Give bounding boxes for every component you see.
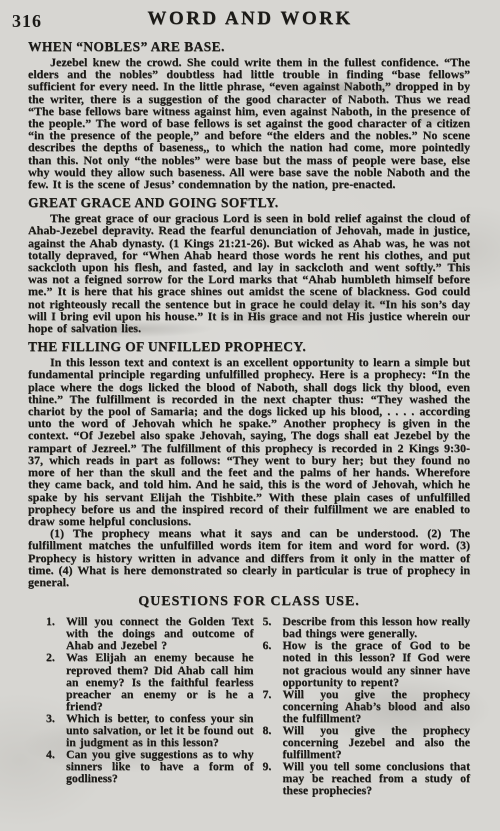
questions-section: QUESTIONS FOR CLASS USE. 1. Will you con…: [28, 594, 470, 796]
question-item: 1. Will you connect the Golden Text with…: [46, 615, 254, 651]
question-text: Was Elijah an enemy because he reproved …: [66, 651, 254, 711]
section-heading: WHEN “NOBLES” ARE BASE.: [28, 39, 470, 55]
question-number: 3.: [46, 712, 66, 724]
section-heading: GREAT GRACE AND GOING SOFTLY.: [28, 195, 470, 211]
question-number: 8.: [263, 724, 283, 736]
question-text: Describe from this lesson how really bad…: [283, 615, 471, 639]
questions-columns: 1. Will you connect the Golden Text with…: [46, 615, 470, 796]
question-item: 5. Describe from this lesson how really …: [263, 615, 471, 639]
questions-heading: QUESTIONS FOR CLASS USE.: [28, 594, 470, 610]
section-paragraph: In this lesson text and context is an ex…: [28, 356, 470, 527]
question-item: 9. Will you tell some conclusions that m…: [263, 760, 471, 796]
question-number: 7.: [263, 688, 283, 700]
question-number: 9.: [263, 760, 283, 772]
question-text: Will you give the prophecy concerning Je…: [283, 724, 471, 760]
question-number: 2.: [46, 651, 66, 663]
journal-title: WORD AND WORK: [12, 8, 488, 30]
section-paragraph: Jezebel knew the crowd. She could write …: [28, 56, 470, 190]
question-number: 4.: [46, 748, 66, 760]
section-paragraph: (1) The prophecy means what it says and …: [28, 527, 470, 588]
question-text: Will you tell some conclusions that may …: [283, 760, 471, 796]
scanned-page: 316 WORD AND WORK WHEN “NOBLES” ARE BASE…: [0, 0, 500, 831]
question-text: Will you connect the Golden Text with th…: [66, 615, 254, 651]
question-text: How is the grace of God to be noted in t…: [283, 639, 471, 687]
page-number: 316: [12, 11, 42, 32]
question-text: Which is better, to confess your sin unt…: [66, 712, 254, 748]
question-text: Can you give suggestions as to why sinne…: [66, 748, 254, 784]
section-heading: THE FILLING OF UNFILLED PROPHECY.: [28, 339, 470, 355]
page-header: 316 WORD AND WORK: [12, 8, 488, 34]
section-unfilled-prophecy: THE FILLING OF UNFILLED PROPHECY. In thi…: [28, 339, 470, 588]
question-number: 5.: [263, 615, 283, 627]
question-item: 4. Can you give suggestions as to why si…: [46, 748, 254, 784]
section-great-grace: GREAT GRACE AND GOING SOFTLY. The great …: [28, 195, 470, 334]
question-number: 6.: [263, 639, 283, 651]
questions-right-column: 5. Describe from this lesson how really …: [263, 615, 471, 796]
questions-left-column: 1. Will you connect the Golden Text with…: [46, 615, 254, 796]
question-number: 1.: [46, 615, 66, 627]
question-item: 8. Will you give the prophecy concerning…: [263, 724, 471, 760]
question-item: 7. Will you give the prophecy concerning…: [263, 688, 471, 724]
question-item: 6. How is the grace of God to be noted i…: [263, 639, 471, 687]
section-paragraph: The great grace of our gracious Lord is …: [28, 212, 470, 334]
question-text: Will you give the prophecy concerning Ah…: [283, 688, 471, 724]
question-item: 2. Was Elijah an enemy because he reprov…: [46, 651, 254, 711]
section-when-nobles-are-base: WHEN “NOBLES” ARE BASE. Jezebel knew the…: [28, 39, 470, 190]
question-item: 3. Which is better, to confess your sin …: [46, 712, 254, 748]
